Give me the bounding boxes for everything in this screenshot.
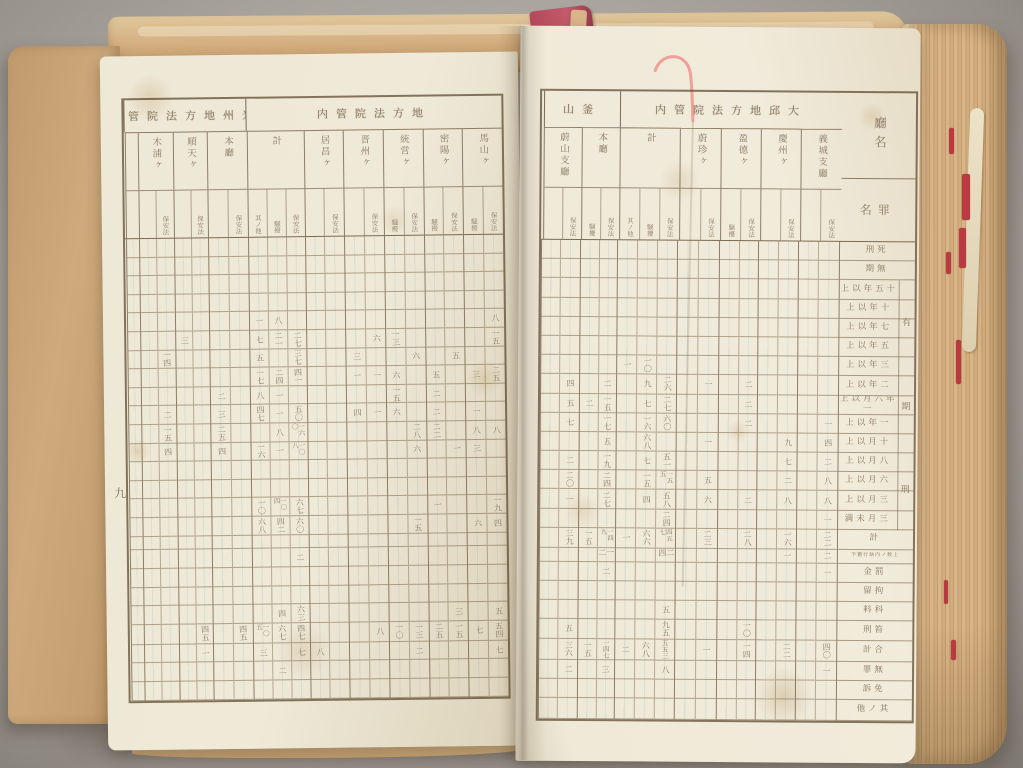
table-cell: 四 xyxy=(488,514,507,534)
row-label: 計合 xyxy=(837,640,912,662)
cell-value: 二五 xyxy=(217,425,226,441)
table-cell xyxy=(143,481,160,500)
table-cell xyxy=(542,278,560,297)
row-label: 刑笞 xyxy=(837,621,912,641)
table-cell xyxy=(175,257,192,276)
table-cell xyxy=(327,367,346,386)
table-cell xyxy=(617,490,636,509)
cell-value: 二 xyxy=(602,567,610,575)
table-cell xyxy=(676,529,696,549)
cell-value: 六六 xyxy=(641,530,649,546)
row-label: 留拘 xyxy=(837,583,912,603)
table-cell: 三 xyxy=(254,643,272,662)
cell-value: 二 xyxy=(415,646,423,654)
table-cell xyxy=(798,433,817,452)
table-cell xyxy=(389,603,408,622)
table-cell: 二二 xyxy=(817,530,836,550)
sub-header-group: 保安法 xyxy=(173,189,208,237)
sub-header-label: 保安法 xyxy=(235,214,242,237)
table-cell: 六六 xyxy=(636,528,655,548)
table-cell xyxy=(369,535,388,548)
table-cell xyxy=(130,481,142,500)
table-cell xyxy=(616,620,635,639)
table-cell xyxy=(599,259,617,278)
table-cell xyxy=(599,298,617,317)
table-cell xyxy=(233,568,252,587)
table-cell xyxy=(579,413,597,432)
sub-header-label: 保安法 xyxy=(490,211,497,234)
table-cell xyxy=(777,563,796,582)
table-cell: 三 xyxy=(466,365,485,384)
table-cell xyxy=(580,259,598,278)
table-cell xyxy=(130,462,142,481)
table-cell xyxy=(447,458,466,477)
table-cell xyxy=(558,679,576,698)
cell-value: 一 xyxy=(274,391,282,399)
table-cell xyxy=(195,517,212,537)
table-cell: 二 xyxy=(739,375,758,394)
table-cell xyxy=(145,663,162,682)
table-cell xyxy=(271,479,289,498)
sub-header-cell: 騒擾 xyxy=(722,189,741,240)
table-cell xyxy=(678,260,698,279)
table-cell xyxy=(426,328,445,347)
table-cell xyxy=(251,423,269,442)
penalty-group-char: 期 xyxy=(901,399,910,412)
row-label-text: 上以年一 xyxy=(845,419,891,429)
table-cell: 一 xyxy=(696,639,716,660)
table-cell xyxy=(559,509,577,528)
table-cell xyxy=(387,422,406,441)
table-cell: 九五 xyxy=(655,620,674,639)
table-cell xyxy=(429,565,448,584)
table-cell: 五 xyxy=(446,347,465,366)
row-label-text: 罪無 xyxy=(863,666,886,676)
table-cell xyxy=(430,678,449,697)
table-cell xyxy=(331,661,350,680)
court-section-header: 内管院法方地邱大 xyxy=(619,91,841,129)
table-cell xyxy=(757,640,776,661)
table-cell xyxy=(541,355,559,374)
table-cell: 一五 xyxy=(449,621,468,641)
table-cell: 三 xyxy=(347,348,366,367)
table-cell xyxy=(638,240,657,259)
table-cell xyxy=(656,562,675,581)
cell-value: 一七 xyxy=(603,414,611,430)
table-cell xyxy=(738,510,757,529)
column-header-label: 盈德ヶ xyxy=(737,129,747,168)
table-cell: 六 xyxy=(468,514,487,534)
table-cell: 四七 xyxy=(251,405,269,424)
cell-value: 五 xyxy=(661,606,669,614)
table-cell xyxy=(231,405,250,424)
table-cell: 六 xyxy=(697,490,717,509)
cell-value: 二一 xyxy=(274,331,283,347)
table-cell xyxy=(387,440,406,459)
table-cell xyxy=(676,582,696,601)
cell-value: 一五 xyxy=(413,516,422,532)
table-cell xyxy=(559,562,577,581)
table-cell xyxy=(561,317,579,336)
table-cell xyxy=(449,641,468,660)
cell-value: 八 xyxy=(661,665,669,673)
table-cell xyxy=(759,260,778,279)
table-cell: 八 xyxy=(777,491,796,510)
table-cell: 三 xyxy=(467,439,486,458)
table-cell xyxy=(178,499,195,518)
column-header-label: 木浦ヶ xyxy=(151,133,161,172)
table-cell xyxy=(697,563,717,582)
table-cell xyxy=(719,337,738,356)
table-cell: 一四 xyxy=(159,350,176,369)
cell-value: 一 xyxy=(823,569,831,577)
table-cell xyxy=(252,461,270,480)
sub-header-cell xyxy=(544,188,563,239)
column-header: 順天ヶ xyxy=(172,131,207,189)
row-label: 期無 xyxy=(840,261,915,281)
cell-value: 一 xyxy=(702,645,710,653)
table-cell xyxy=(328,478,347,497)
table-cell: 一 xyxy=(616,528,635,548)
table-cell: 二 xyxy=(273,662,291,681)
row-label-text: 予猶行執内ノ数上 xyxy=(851,553,899,559)
table-cell xyxy=(739,280,758,299)
table-cell xyxy=(327,404,346,423)
table-cell xyxy=(211,368,230,387)
table-cell xyxy=(405,236,424,255)
sub-header-group: 保安法騒擾其ノ他 xyxy=(247,188,304,237)
table-cell: 一五 xyxy=(159,425,176,444)
table-cell: 一 xyxy=(428,496,447,515)
table-cell xyxy=(175,238,192,257)
table-cell xyxy=(176,369,193,388)
table-cell xyxy=(779,299,798,318)
table-cell xyxy=(192,257,209,276)
table-cell xyxy=(636,620,655,639)
table-cell xyxy=(229,238,248,257)
table-cell xyxy=(425,254,444,273)
table-cell: 四二 xyxy=(271,516,289,536)
table-cell xyxy=(158,294,175,313)
table-cell xyxy=(348,422,367,441)
table-cell xyxy=(214,644,233,663)
table-cell: 一 xyxy=(270,386,288,405)
cell-value: 二 xyxy=(432,407,440,415)
cell-value: 六三 xyxy=(296,605,305,621)
table-cell xyxy=(719,299,738,318)
sub-header-label: 保安法 xyxy=(787,218,794,241)
table-cell: 三 xyxy=(449,602,468,621)
cell-value: 二 xyxy=(295,553,303,561)
red-edge-mark xyxy=(962,174,970,220)
cell-value: 一五 xyxy=(163,425,172,441)
table-cell xyxy=(234,662,253,681)
table-cell: 二 xyxy=(616,639,635,660)
sub-header-group: 保安法騒擾 xyxy=(721,188,761,240)
table-cell: 一 xyxy=(817,564,836,583)
table-cell xyxy=(678,279,698,298)
table-cell xyxy=(446,328,465,347)
table-cell xyxy=(210,294,229,313)
table-cell xyxy=(197,681,214,700)
row-label: 他ノ其 xyxy=(837,700,912,722)
cell-value: 一 xyxy=(704,380,712,388)
table-cell xyxy=(635,698,654,719)
table-body: 刑死期無上以年五十上以年十上以年七上以年五上以年三上以年二上以月六年一上以年一上… xyxy=(538,240,915,722)
sub-header-group: 保安法騒擾 xyxy=(423,186,463,234)
table-cell xyxy=(798,357,817,376)
table-cell: 六七 xyxy=(272,623,290,643)
table-cell: 八 xyxy=(270,423,288,442)
table-cell xyxy=(675,660,695,679)
table-cell xyxy=(326,255,345,274)
table-cell xyxy=(797,529,816,549)
cell-value: 五一 xyxy=(662,453,670,469)
table-cell: 一六〇 xyxy=(289,423,307,442)
row-label-text: 金罰 xyxy=(863,568,886,578)
table-cell xyxy=(718,490,737,509)
table-cell xyxy=(638,317,657,336)
cell-value: 一六〇 xyxy=(291,423,305,441)
table-cell xyxy=(132,663,144,682)
table-cell xyxy=(817,583,836,602)
table-cell xyxy=(410,660,429,679)
table-cell: 二四 xyxy=(598,470,616,489)
table-cell: 五 xyxy=(697,471,717,490)
table-cell xyxy=(273,680,291,699)
table-cell xyxy=(616,548,635,562)
table-cell xyxy=(737,601,756,620)
table-cell xyxy=(428,547,447,566)
cell-value: 三 xyxy=(217,410,225,418)
table-cell xyxy=(488,546,507,565)
sub-header-group: 保安法騒擾 xyxy=(581,187,619,239)
table-cell: 一 xyxy=(250,312,268,331)
table-cell xyxy=(385,273,404,292)
row-label-text: 計 xyxy=(869,534,881,544)
table-cell xyxy=(176,387,193,406)
table-cell xyxy=(310,567,329,586)
table-cell xyxy=(736,680,755,699)
table-cell xyxy=(141,332,158,351)
row-label-text: 上以年五 xyxy=(846,342,892,352)
table-cell xyxy=(758,376,777,395)
table-cell xyxy=(348,497,367,516)
table-cell xyxy=(212,480,231,499)
table-cell xyxy=(757,529,776,549)
table-cell xyxy=(757,601,776,620)
table-cell xyxy=(141,350,158,369)
table-cell xyxy=(351,679,370,698)
cell-value: 二四 xyxy=(662,510,670,526)
column-header-label: 順天ヶ xyxy=(185,132,195,171)
table-cell xyxy=(291,567,309,586)
table-cell xyxy=(719,318,738,337)
table-cell xyxy=(819,261,838,280)
court-section-label: 内管院法方地 xyxy=(317,105,431,122)
table-cell xyxy=(539,619,557,638)
sub-header-cell xyxy=(305,189,324,236)
table-cell xyxy=(698,414,718,433)
table-cell xyxy=(253,536,271,549)
table-cell xyxy=(539,638,557,659)
cell-value: 一〇八 xyxy=(291,441,305,459)
table-cell xyxy=(717,582,736,601)
table-cell xyxy=(540,562,558,581)
table-cell xyxy=(408,477,427,496)
table-cell xyxy=(736,699,755,720)
table-cell: 一 xyxy=(818,510,837,529)
table-column: 九七二八一六一二二 xyxy=(755,241,798,720)
table-cell xyxy=(132,625,144,645)
table-cell: 一五 xyxy=(579,528,597,548)
table-cell xyxy=(229,275,248,294)
table-cell: 二三 xyxy=(697,529,717,549)
column-header: 蔚山支廳 xyxy=(543,127,582,187)
cell-value: 二七 xyxy=(603,491,611,507)
table-cell xyxy=(490,678,509,697)
table-cell xyxy=(405,254,424,273)
table-cell: 二 xyxy=(599,374,617,393)
table-cell: 六八 xyxy=(637,432,656,451)
cell-value: 一〇五 xyxy=(256,623,270,643)
table-cell: 四五七 xyxy=(656,528,675,548)
header-columns: 内管院法方地邱大山釜義城支廳慶州ヶ盈德ヶ蔚珍ヶ計本廳蔚山支廳保安法保安法保安法騒… xyxy=(541,91,842,241)
table-cell xyxy=(350,622,369,642)
cell-value: 四二 xyxy=(276,517,285,533)
table-cell xyxy=(162,606,179,625)
table-cell xyxy=(292,680,310,699)
table-cell xyxy=(309,535,328,548)
table-cell: 一〇四 xyxy=(271,498,289,517)
table-cell xyxy=(539,659,557,678)
sub-header-cell: 保安法 xyxy=(227,190,247,237)
table-cell: 四 xyxy=(636,490,655,509)
column-header: 蔚珍ヶ xyxy=(679,128,721,188)
sub-header-cell: 騒擾 xyxy=(464,187,483,234)
column-header: 木浦ヶ xyxy=(138,132,173,190)
table-cell xyxy=(469,583,488,602)
table-cell xyxy=(179,606,196,625)
cell-value: 八 xyxy=(823,496,831,504)
table-cell: 一九 xyxy=(487,495,506,514)
table-cell xyxy=(407,384,426,403)
table-column: 一一五六二三一 xyxy=(674,241,719,720)
table-cell xyxy=(140,239,157,258)
table-cell: 二八 xyxy=(407,422,426,441)
table-cell xyxy=(345,255,364,274)
table-cell xyxy=(142,443,159,462)
table-cell xyxy=(327,348,346,367)
table-cell xyxy=(388,496,407,515)
column-header-label: 本廳 xyxy=(222,132,232,159)
table-cell xyxy=(638,260,657,279)
table-cell xyxy=(292,661,310,680)
table-cell xyxy=(560,432,578,451)
table-cell xyxy=(195,461,212,480)
cell-value: 二 xyxy=(278,666,286,674)
table-cell: 六八 xyxy=(635,639,654,660)
row-label-text: 上以年三 xyxy=(846,361,892,371)
cell-value: 二四 xyxy=(274,368,283,384)
table-cell xyxy=(468,546,487,565)
table-cell xyxy=(429,603,448,622)
table-cell xyxy=(487,439,506,458)
table-cell xyxy=(777,602,796,621)
table-cell xyxy=(579,470,597,489)
table-cell xyxy=(618,259,637,278)
office-name-header: 廳名 xyxy=(841,93,916,179)
table-cell: 一〇 xyxy=(737,621,756,640)
table-cell xyxy=(465,254,484,273)
table-cell xyxy=(253,549,271,568)
table-cell xyxy=(176,350,193,369)
table-cell xyxy=(561,259,579,278)
table-cell xyxy=(194,387,211,406)
table-cell xyxy=(180,681,197,700)
cell-value: 三七 xyxy=(293,349,302,365)
table-cell xyxy=(696,680,716,699)
table-cell xyxy=(162,663,179,682)
table-cell xyxy=(677,356,697,375)
table-cell xyxy=(193,368,210,387)
table-cell xyxy=(696,582,716,601)
cell-value: 一 xyxy=(822,666,830,674)
table-cell xyxy=(677,317,697,336)
table-cell: 二二 xyxy=(427,421,446,440)
table-cell xyxy=(389,534,408,547)
table-cell xyxy=(385,236,404,255)
table-cell: 四 xyxy=(272,604,290,623)
table-cell xyxy=(578,600,596,619)
table-cell xyxy=(195,480,212,499)
table-cell xyxy=(196,550,213,569)
table-cell xyxy=(467,458,486,477)
table-cell xyxy=(739,318,758,337)
table-cell xyxy=(757,621,776,640)
column-header: 慶州ヶ xyxy=(761,128,801,188)
table-cell xyxy=(718,529,737,549)
table-cell: 二〇 xyxy=(560,470,578,489)
table-cell xyxy=(580,278,598,297)
table-cell xyxy=(539,698,557,719)
sub-header-cell: 騒擾 xyxy=(266,189,285,236)
table-cell xyxy=(370,660,389,679)
table-cell xyxy=(777,621,796,640)
table-cell xyxy=(389,566,408,585)
table-cell xyxy=(193,313,210,332)
table-cell xyxy=(678,241,698,260)
table-cell xyxy=(675,620,695,639)
cell-value: 一 xyxy=(703,438,711,446)
table-cell xyxy=(799,318,818,337)
cell-value: 一六 xyxy=(256,443,265,459)
table-cell xyxy=(368,515,387,535)
table-cell xyxy=(718,549,737,563)
table-cell: 一〇 xyxy=(390,622,409,642)
cell-value: 三 xyxy=(601,665,609,673)
table-cell xyxy=(677,413,697,432)
table-cell: 八 xyxy=(486,421,505,440)
table-cell xyxy=(717,563,736,582)
table-cell xyxy=(580,298,598,317)
table-cell xyxy=(406,366,425,385)
table-cell xyxy=(231,424,250,443)
table-cell xyxy=(816,680,835,699)
table-cell xyxy=(406,329,425,348)
cell-value: 九五 xyxy=(661,621,669,637)
cell-value: 一 xyxy=(433,500,441,508)
